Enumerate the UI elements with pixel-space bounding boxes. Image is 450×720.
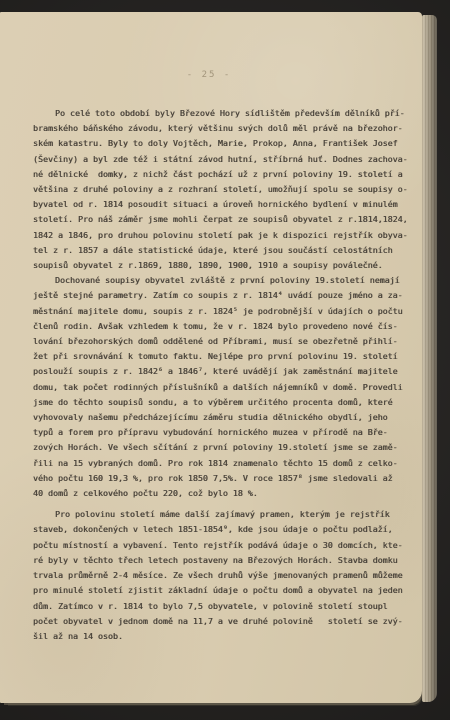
page-text: Po celé toto období byly Březové Hory sí… (33, 106, 418, 644)
paragraph-1: Po celé toto období byly Březové Hory sí… (33, 106, 418, 273)
page: - 25 - Po celé toto období byly Březové … (0, 12, 422, 703)
paragraph-3: Pro polovinu století máme další zajímavý… (33, 507, 418, 644)
paragraph-2: Dochované soupisy obyvatel zvláště z prv… (33, 273, 418, 501)
page-number: - 25 - (20, 70, 398, 80)
book-page-edges (422, 15, 437, 702)
